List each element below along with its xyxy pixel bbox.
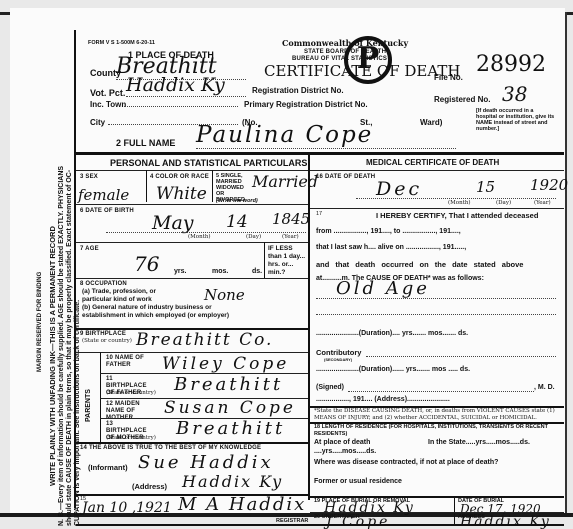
age-label: 7 AGE bbox=[80, 246, 99, 252]
marital-value: Married bbox=[252, 172, 318, 191]
dob-year: 1845 bbox=[272, 210, 310, 228]
death-certificate-form: FORM V S 1-500M 6-20-11 1 PLACE OF DEATH… bbox=[74, 30, 566, 508]
birthplace-sub: (State or country) bbox=[82, 338, 132, 344]
age-mos-label: mos. bbox=[212, 268, 228, 275]
city-label: City bbox=[90, 118, 105, 127]
age-yrs-label: yrs. bbox=[174, 268, 186, 275]
contributory-line bbox=[366, 356, 556, 357]
signed-line bbox=[348, 391, 534, 392]
signed-label: (Signed) bbox=[316, 384, 344, 391]
cause-value: Old Age bbox=[336, 278, 430, 299]
mother-value: Susan Cope bbox=[164, 398, 296, 418]
father-birthplace-sub: (State or country) bbox=[106, 390, 156, 396]
divider bbox=[264, 242, 265, 278]
father-birthplace-value: Breathitt bbox=[174, 374, 283, 395]
contracted-label: Where was disease contracted, if not at … bbox=[314, 458, 554, 467]
cause-line-1 bbox=[316, 298, 556, 299]
undertaker-value: J Cope bbox=[326, 514, 390, 529]
full-name-label: 2 FULL NAME bbox=[116, 138, 175, 148]
filed-date: Jan 10 ,1921 bbox=[82, 500, 172, 516]
duration-line-2: ......................(Duration)...... y… bbox=[316, 366, 470, 373]
last-saw-line: that I last saw h.... alive on .........… bbox=[316, 244, 466, 251]
date-address-line: ................., 191.... (Address)....… bbox=[316, 396, 450, 403]
divider bbox=[76, 242, 308, 243]
address-label: (Address) bbox=[132, 482, 167, 491]
birthplace-value: Breathitt Co. bbox=[136, 330, 273, 350]
dod-label: 16 DATE OF DEATH bbox=[316, 174, 375, 180]
dob-month: May bbox=[152, 212, 194, 234]
registration-district-label: Registration District No. bbox=[252, 86, 344, 95]
divider bbox=[310, 512, 564, 513]
divider bbox=[146, 170, 147, 202]
mother-birthplace-value: Breathitt bbox=[176, 418, 285, 439]
registered-no-value: 38 bbox=[502, 82, 527, 106]
father-value: Wiley Cope bbox=[162, 354, 289, 374]
color-label: 4 COLOR OR RACE bbox=[150, 174, 209, 180]
p-stamp: P bbox=[344, 36, 392, 84]
commonwealth-title: Commonwealth of Kentucky bbox=[282, 38, 408, 48]
hospital-note: [If death occurred in a hospital or inst… bbox=[476, 108, 556, 132]
month-caption: (Month) bbox=[188, 234, 211, 240]
undertaker-address-value: Haddix Ky bbox=[460, 514, 551, 529]
contributory-label: Contributory bbox=[316, 348, 361, 357]
duration-line: ......................(Duration).... yrs… bbox=[316, 330, 468, 337]
md-label: , M. D. bbox=[534, 384, 555, 391]
occupation-value: None bbox=[204, 286, 245, 304]
informant-label: (Informant) bbox=[88, 463, 128, 472]
occupation-label: 8 OCCUPATION bbox=[80, 281, 127, 287]
divider-main bbox=[76, 152, 564, 155]
margin-instruction-1: WRITE PLAINLY WITH UNFADING INK—THIS IS … bbox=[48, 226, 57, 486]
dod-day: 15 bbox=[476, 178, 495, 196]
divider bbox=[310, 208, 564, 209]
registered-no-label: Registered No. bbox=[434, 95, 490, 104]
secondary-label: (SECONDARY) bbox=[324, 357, 352, 362]
birthplace-label: 9 BIRTHPLACE bbox=[80, 331, 126, 337]
certify-number: 17 bbox=[316, 211, 322, 217]
age-ds-label: ds. bbox=[252, 268, 262, 275]
in-state-label: In the State.....yrs.....mos.....ds. bbox=[428, 438, 558, 447]
vot-pct-value: Haddix Ky bbox=[126, 74, 246, 97]
informant-address-value: Haddix Ky bbox=[182, 472, 283, 491]
dod-day-caption: (Day) bbox=[496, 200, 511, 206]
dod-month-caption: (Month) bbox=[448, 200, 471, 206]
occupation-a-label: (a) Trade, profession, or particular kin… bbox=[82, 288, 182, 304]
at-place-label: At place of death ....yrs.....mos.....ds… bbox=[314, 438, 424, 456]
inc-town-line bbox=[124, 106, 238, 107]
divider bbox=[76, 278, 308, 279]
certify-text: I HEREBY CERTIFY, That I attended deceas… bbox=[376, 211, 538, 220]
file-no-label: File No. bbox=[434, 73, 463, 82]
dod-year: 1920 bbox=[530, 176, 568, 194]
dod-month: Dec bbox=[376, 178, 422, 200]
personal-section-title: PERSONAL AND STATISTICAL PARTICULARS bbox=[110, 158, 307, 168]
father-label: 10 NAME OF FATHER bbox=[106, 355, 146, 369]
column-divider bbox=[308, 152, 310, 500]
full-name-value: Paulina Cope bbox=[196, 122, 456, 149]
file-no-value: 28992 bbox=[476, 52, 546, 77]
knowledge-label: 14 THE ABOVE IS TRUE TO THE BEST OF MY K… bbox=[80, 445, 261, 451]
occupation-b-label: (b) General nature of industry business … bbox=[82, 304, 232, 320]
divider bbox=[76, 442, 308, 444]
divider bbox=[454, 496, 455, 524]
divider bbox=[76, 204, 308, 205]
vot-pct-label: Vot. Pct. bbox=[90, 88, 125, 98]
divider bbox=[76, 352, 308, 353]
dob-day: 14 bbox=[226, 212, 248, 232]
from-line: from ................., 191...., to ....… bbox=[316, 228, 461, 235]
binding-margin: MARGIN RESERVED FOR BINDING WRITE PLAINL… bbox=[0, 0, 74, 529]
form-code: FORM V S 1-500M 6-20-11 bbox=[88, 40, 155, 46]
parents-label: PARENTS bbox=[84, 389, 93, 422]
mother-birthplace-sub: (State or country) bbox=[106, 435, 156, 441]
dob-label: 6 DATE OF BIRTH bbox=[80, 208, 134, 214]
sex-label: 3 SEX bbox=[80, 174, 98, 180]
medical-section-title: MEDICAL CERTIFICATE OF DEATH bbox=[366, 158, 499, 167]
informant-value: Sue Haddix bbox=[138, 452, 274, 473]
primary-registration-label: Primary Registration District No. bbox=[244, 100, 368, 109]
year-caption: (Year) bbox=[282, 234, 299, 240]
footnote: *State the DISEASE CAUSING DEATH, or, in… bbox=[314, 408, 562, 421]
registrar-value: M A Haddix bbox=[178, 494, 306, 515]
divider bbox=[310, 170, 564, 171]
day-caption: (Day) bbox=[246, 234, 261, 240]
color-value: White bbox=[156, 184, 207, 204]
dob-line bbox=[106, 232, 306, 233]
former-residence-label: Former or usual residence bbox=[314, 478, 554, 486]
cause-line-2 bbox=[316, 314, 556, 315]
if-less-label: IF LESS than 1 day... hrs. or... min.? bbox=[268, 245, 308, 277]
sex-value: female bbox=[78, 186, 129, 204]
age-value: 76 bbox=[134, 252, 159, 276]
divider bbox=[76, 170, 308, 171]
divider bbox=[212, 170, 213, 202]
dod-year-caption: (Year) bbox=[534, 200, 551, 206]
occurred-line: and that death occurred on the date stat… bbox=[316, 260, 523, 269]
dod-line bbox=[356, 198, 556, 199]
margin-reserved-text: MARGIN RESERVED FOR BINDING bbox=[36, 272, 45, 372]
inc-town-label: Inc. Town bbox=[90, 100, 126, 109]
divider bbox=[100, 352, 101, 442]
residence-label: 18 LENGTH OF RESIDENCE (FOR HOSPITALS, I… bbox=[314, 424, 562, 437]
